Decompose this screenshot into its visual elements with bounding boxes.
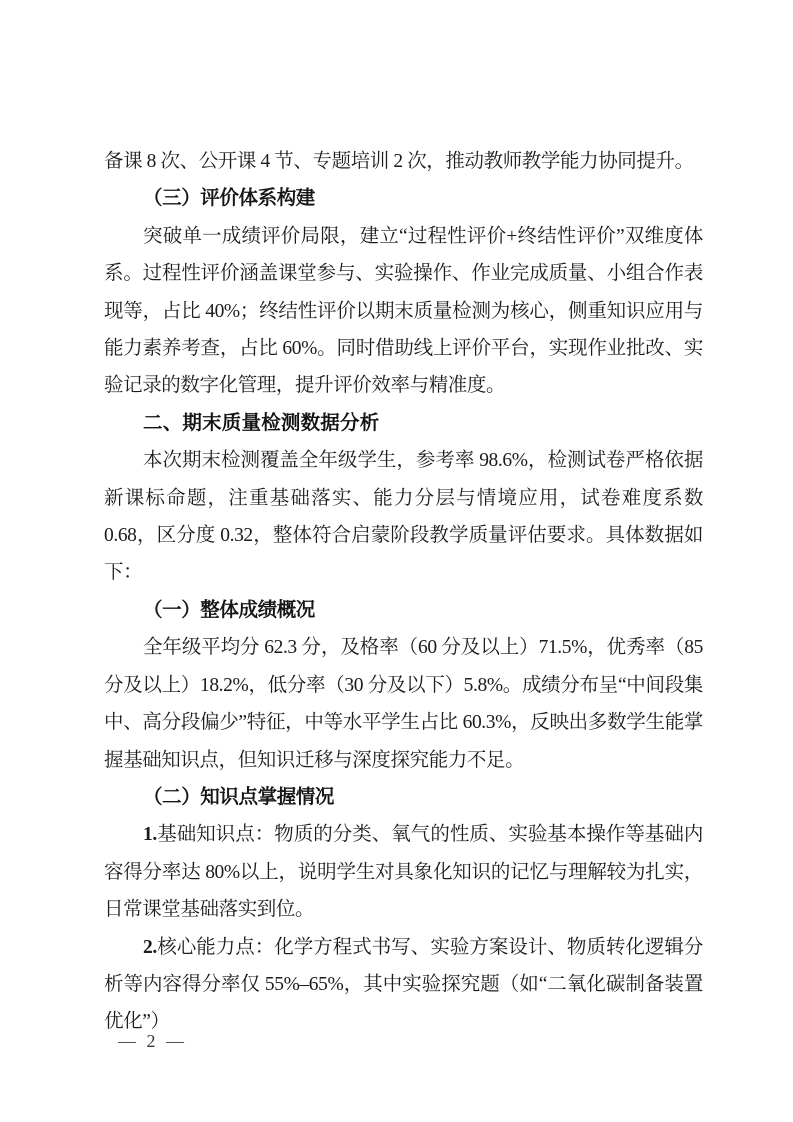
paragraph-overall-results: 全年级平均分 62.3 分，及格率（60 分及以上）71.5%，优秀率（85 分… [104,629,703,779]
heading-sub-1-overall-results: （一）整体成绩概况 [104,592,703,629]
heading-part-2-exam-data-analysis: 二、期末质量检测数据分析 [104,405,703,442]
heading-section-3-evaluation-system: （三）评价体系构建 [104,180,703,217]
paragraph-exam-overview: 本次期末检测覆盖全年级学生，参考率 98.6%，检测试卷严格依据新课标命题，注重… [104,442,703,592]
list-item-number: 1. [143,824,157,845]
list-item-number: 2. [143,937,157,958]
paragraph-evaluation-system: 突破单一成绩评价局限，建立“过程性评价+终结性评价”双维度体系。过程性评价涵盖课… [104,218,703,405]
document-body: 备课 8 次、公开课 4 节、专题培训 2 次，推动教师教学能力协同提升。 （三… [104,143,703,1041]
document-page: 备课 8 次、公开课 4 节、专题培训 2 次，推动教师教学能力协同提升。 （三… [0,0,793,1122]
list-item-text: 核心能力点：化学方程式书写、实验方案设计、物质转化逻辑分析等内容得分率仅 55%… [104,937,703,1033]
list-item-text: 基础知识点：物质的分类、氧气的性质、实验基本操作等基础内容得分率达 80%以上，… [104,824,703,920]
list-item-basic-knowledge: 1.基础知识点：物质的分类、氧气的性质、实验基本操作等基础内容得分率达 80%以… [104,816,703,928]
heading-sub-2-knowledge-mastery: （二）知识点掌握情况 [104,779,703,816]
page-number: — 2 — [118,1026,187,1056]
list-item-core-ability: 2.核心能力点：化学方程式书写、实验方案设计、物质转化逻辑分析等内容得分率仅 5… [104,929,703,1041]
paragraph-continuation: 备课 8 次、公开课 4 节、专题培训 2 次，推动教师教学能力协同提升。 [104,143,703,180]
